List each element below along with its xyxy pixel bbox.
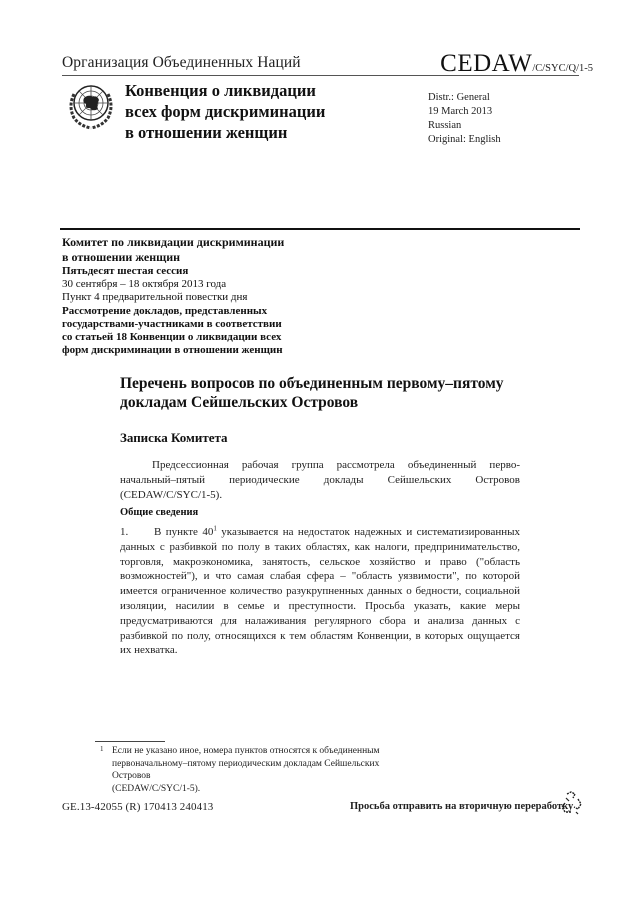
note-title: Записка Комитета xyxy=(120,430,228,446)
session-dates: 30 сентября – 18 октября 2013 года xyxy=(62,278,322,291)
document-title: Перечень вопросов по объединенным первом… xyxy=(120,375,540,412)
convention-title-line: всех форм дискриминации xyxy=(125,101,325,122)
header-rule xyxy=(62,75,579,76)
symbol-main: CEDAW xyxy=(440,50,532,77)
organization-name: Организация Объединенных Наций xyxy=(62,54,301,72)
committee-block: Комитет по ликвидации дискриминации в от… xyxy=(62,235,322,357)
convention-title: Конвенция о ликвидации всех форм дискрим… xyxy=(125,80,325,143)
distribution-type: Distr.: General xyxy=(428,91,501,105)
convention-title-line: в отношении женщин xyxy=(125,122,325,143)
distribution-block: Distr.: General 19 March 2013 Russian Or… xyxy=(428,91,501,147)
job-number: GE.13-42055 (R) 170413 240413 xyxy=(62,801,213,813)
agenda-title-line: форм дискриминации в отношении женщин xyxy=(62,344,322,357)
document-title-line: Перечень вопросов по объединенным первом… xyxy=(120,375,540,394)
footnote-line: Если не указано иное, номера пунктов отн… xyxy=(112,745,412,758)
section-divider xyxy=(60,228,580,230)
footnote-mark: 1 xyxy=(100,743,104,756)
un-emblem-icon xyxy=(64,78,118,132)
original-language: Original: English xyxy=(428,133,501,147)
committee-name-line: Комитет по ликвидации дискриминации xyxy=(62,235,322,250)
convention-title-line: Конвенция о ликвидации xyxy=(125,80,325,101)
footnote-line: первоначальному–пятому периодическим док… xyxy=(112,758,412,783)
recycle-notice: Просьба отправить на вторичную переработ… xyxy=(350,801,573,812)
document-language: Russian xyxy=(428,119,501,133)
agenda-title-line: Рассмотрение докладов, представленных xyxy=(62,305,322,318)
agenda-item: Пункт 4 предварительной повестки дня xyxy=(62,291,322,304)
session-title: Пятьдесят шестая сессия xyxy=(62,265,322,278)
agenda-title-line: государствами-участниками в соответствии xyxy=(62,318,322,331)
document-title-line: докладам Сейшельских Островов xyxy=(120,394,540,413)
paragraph-text: В пункте 40 xyxy=(154,526,213,538)
issue-date: 19 March 2013 xyxy=(428,105,501,119)
document-symbol: CEDAW/C/SYC/Q/1-5 xyxy=(440,50,593,78)
footnote-line: (CEDAW/C/SYC/1-5). xyxy=(112,783,412,796)
agenda-title-line: со статьей 18 Конвенции о ликвидации все… xyxy=(62,331,322,344)
footnote: 1 Если не указано иное, номера пунктов о… xyxy=(112,745,412,795)
paragraph-number: 1. xyxy=(120,525,154,540)
committee-name-line: в отношении женщин xyxy=(62,250,322,265)
symbol-suffix: /C/SYC/Q/1-5 xyxy=(532,63,593,74)
section-heading: Общие сведения xyxy=(120,507,198,518)
recycle-icon xyxy=(558,790,584,816)
paragraph-1: 1.В пункте 401 указывается на недостаток… xyxy=(120,525,520,658)
intro-paragraph: Предсессионная рабочая группа рассмотрел… xyxy=(120,458,520,502)
footnote-separator xyxy=(95,741,165,742)
paragraph-text: указывается на недостаток надежных и сис… xyxy=(120,526,520,656)
